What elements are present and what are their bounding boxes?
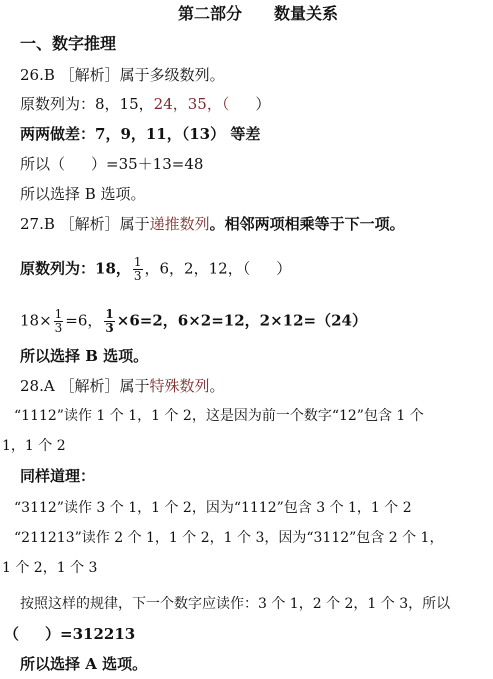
fraction: 13 (104, 308, 114, 335)
q27-header-b: 。相邻两项相乘等于下一项。 (210, 215, 405, 233)
q26-answer: 所以选择 B 选项。 (20, 184, 146, 204)
q27-calc-c: ×6=2，6×2=12，2×12=（24） (117, 312, 367, 330)
fraction: 13 (54, 308, 64, 335)
q28-rule: 按照这样的规律，下一个数字应读作：3 个 1，2 个 2，1 个 3，所以 (20, 594, 450, 614)
q28-line1-cont: 1，1 个 2 (2, 436, 66, 456)
q28-rule-cont: （）=312213 (4, 624, 135, 644)
q27-sequence: 原数列为：18，13，6，2，12，（） (20, 256, 291, 283)
q28-rule-a: （ (4, 625, 19, 643)
q27-header-red: 递推数列 (150, 215, 210, 233)
section-heading: 一、数字推理 (20, 34, 116, 54)
q28-answer: 所以选择 A 选项。 (20, 654, 147, 674)
q27-calc-a: 18× (20, 312, 52, 330)
q28-header-b: 。 (209, 377, 224, 395)
q28-same: 同样道理： (20, 466, 95, 486)
q26-calc-b: ）=35＋13=48 (91, 155, 203, 173)
q27-calc-b: =6， (65, 312, 102, 330)
q28-line2: “3112”读作 3 个 1，1 个 2，因为“1112”包含 3 个 1，1 … (14, 498, 412, 518)
q27-header-a: 27.B ［解析］属于 (20, 215, 150, 233)
page-title: 第二部分 数量关系 (178, 4, 338, 24)
q26-seq-b: 24，35，（ (154, 95, 230, 113)
q27-header: 27.B ［解析］属于递推数列。相邻两项相乘等于下一项。 (20, 214, 405, 234)
q27-answer: 所以选择 B 选项。 (20, 346, 148, 366)
q27-calc: 18×13=6，13×6=2，6×2=12，2×12=（24） (20, 308, 367, 335)
q27-seq-rest: ，6，2，12，（ (145, 260, 251, 278)
q26-diff: 两两做差：7，9，11，（13） 等差 (20, 124, 260, 144)
q26-seq-a: 8，15， (95, 95, 154, 113)
q26-sequence: 原数列为：8，15，24，35，（） (20, 94, 270, 114)
q28-header-red: 特殊数列 (149, 377, 209, 395)
q28-line1: “1112”读作 1 个 1，1 个 2，这是因为前一个数字“12”包含 1 个 (14, 406, 424, 426)
q28-rule-b: ）=312213 (45, 625, 135, 643)
q26-calc-a: 所以（ (20, 155, 65, 173)
fraction: 13 (133, 256, 143, 283)
q26-seq-label: 原数列为： (20, 95, 95, 113)
q27-seq-end: ） (276, 260, 291, 278)
q26-calc: 所以（）=35＋13=48 (20, 154, 203, 174)
q28-header-a: 28.A ［解析］属于 (20, 377, 149, 395)
q28-header: 28.A ［解析］属于特殊数列。 (20, 376, 225, 396)
q27-seq-label: 原数列为：18， (20, 260, 131, 278)
q28-line3-cont: 1 个 2，1 个 3 (2, 558, 97, 578)
q26-header: 26.B ［解析］属于多级数列。 (20, 65, 225, 85)
q26-seq-c: ） (255, 95, 270, 113)
q28-line3: “211213”读作 2 个 1，1 个 2，1 个 3，因为“3112”包含 … (14, 528, 443, 548)
